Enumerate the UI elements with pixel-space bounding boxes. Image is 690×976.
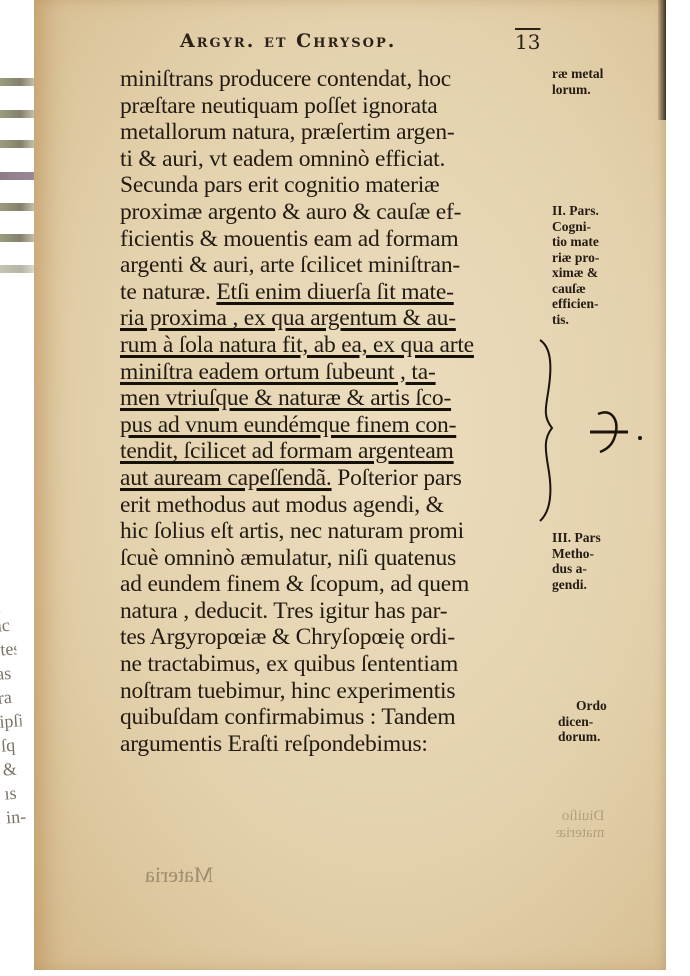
- text-line: tes Argyropœiæ & Chryſopœię ordi-: [120, 624, 550, 651]
- underlined-passage: aut auream capeſſendã.: [120, 465, 332, 491]
- text-line: miniſtrans producere contendat, hoc: [120, 66, 550, 93]
- text-line: erit methodus aut modus agendi, &: [120, 492, 550, 519]
- show-through-margin: Diuiſio materiæ: [556, 808, 604, 842]
- page-edge-ribbon: [0, 234, 34, 242]
- text-line-underlined: men vtriuſque & naturæ & artis ſco-: [120, 385, 550, 412]
- text-line: argenti & auri, arte ſcilicet miniſtran-: [120, 252, 550, 279]
- marginal-note-ordo: Ordo dicen- dorum.: [558, 698, 648, 745]
- text-line-underlined: ria proxima , ex qua argentum & au-: [120, 305, 550, 332]
- marginal-note-pars-ii: II. Pars. Cogni- tio mate riæ pro- ximæ …: [552, 203, 642, 327]
- text-line: te naturæ. Etſi enim diuerſa ſit mate-: [120, 279, 550, 306]
- page-edge-ribbon: [0, 265, 34, 273]
- text-line: ti & auri, vt eadem omninò efficiat.: [120, 146, 550, 173]
- text-line-underlined: miniſtra eadem ortum ſubeunt , ta-: [120, 359, 550, 386]
- running-head: Argyr. et Chrysop.: [180, 30, 396, 52]
- handwritten-brace-icon: [538, 338, 558, 523]
- text-line: proximæ argento & auro & cauſæ ef-: [120, 199, 550, 226]
- text-line: ficientis & mouentis eam ad formam: [120, 226, 550, 253]
- text-line: quibuſdam confirmabimus : Tandem: [120, 704, 550, 731]
- text-line: præſtare neutiquam poſſet ignorata: [120, 93, 550, 120]
- text-line: natura , deducit. Tres igitur has par-: [120, 598, 550, 625]
- text-line: Secunda pars erit cognitio materiæ: [120, 172, 550, 199]
- page-edge-ribbon: [0, 172, 34, 180]
- marginal-note-metallorum: ræ metal lorum.: [552, 66, 642, 97]
- text-line: aut auream capeſſendã. Poſterior pars: [120, 465, 550, 492]
- page-edge-ribbon: [0, 78, 34, 86]
- text-line: ne tractabimus, ex quibus ſententiam: [120, 651, 550, 678]
- text-line: argumentis Eraſti reſpondebimus:: [120, 731, 550, 758]
- text-line: hic ſolius eſt artis, nec naturam promi: [120, 518, 550, 545]
- show-through-catchword: Materia: [145, 862, 213, 888]
- text-line-underlined: rum à ſola natura fit, ab ea, ex qua art…: [120, 332, 550, 359]
- facing-page-fragments: t q nc rtes as ra ipſi ſq & ıs in-: [0, 565, 33, 896]
- text-line-underlined: tendit, ſcilicet ad formam argenteam: [120, 438, 550, 465]
- page-edge-ribbon: [0, 140, 34, 148]
- page-edge-ribbon: [0, 110, 34, 118]
- text-line: ad eundem finem & ſcopum, ad quem: [120, 571, 550, 598]
- page-edge-shadow: [658, 0, 666, 120]
- text-line-underlined: pus ad vnum eundémque finem con-: [120, 412, 550, 439]
- handwritten-mark-icon: [588, 408, 648, 456]
- text-line: noſtram tuebimur, hinc experimentis: [120, 678, 550, 705]
- main-text-block: miniſtrans producere contendat, hoc præſ…: [120, 66, 550, 757]
- text-line: metallorum natura, præſertim argen-: [120, 119, 550, 146]
- page-number: 13: [515, 30, 540, 54]
- marginal-note-pars-iii: III. Pars Metho- dus a- gendi.: [552, 530, 642, 592]
- page-edge-ribbon: [0, 203, 34, 211]
- text-line: ſcuè omninò æmulatur, niſi quatenus: [120, 545, 550, 572]
- underlined-passage: Etſi enim diuerſa ſit mate-: [216, 279, 453, 305]
